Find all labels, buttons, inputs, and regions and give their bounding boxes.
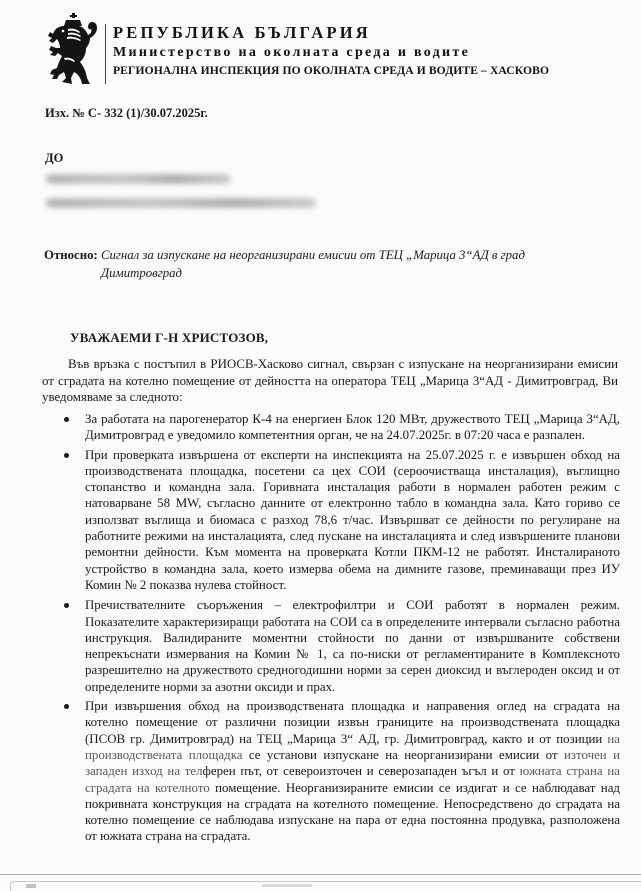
list-item: Пречиствателните съоръжения – електрофил…	[64, 597, 620, 695]
list-item-text-part: При извършения обход на производствената…	[85, 699, 620, 746]
findings-list: За работата на парогенератор К-4 на енер…	[64, 411, 620, 849]
bulgarian-lion-crest-icon	[44, 12, 102, 86]
intro-paragraph: Във връзка с постъпил в РИОСВ-Хасково си…	[42, 356, 618, 406]
subject-label: Относно:	[44, 248, 98, 262]
bullet-icon	[64, 453, 69, 458]
list-item: За работата на парогенератор К-4 на енер…	[64, 411, 620, 444]
list-item: При извършения обход на производствената…	[64, 698, 620, 845]
redacted-recipient-name	[46, 174, 231, 184]
subject-text-continuation: Димитровград	[101, 264, 182, 282]
bullet-icon	[64, 417, 69, 422]
footer-frame	[10, 881, 641, 891]
inspectorate-name: РЕГИОНАЛНА ИНСПЕКЦИЯ ПО ОКОЛНАТА СРЕДА И…	[113, 62, 549, 80]
list-item-text: Пречиствателните съоръжения – електрофил…	[85, 598, 620, 693]
page-bottom-divider	[0, 874, 641, 875]
footer-faint-text	[262, 884, 312, 887]
country-name: РЕПУБЛИКА БЪЛГАРИЯ	[113, 22, 549, 43]
subject-line: Относно: Сигнал за изпускане на неоргани…	[44, 246, 614, 264]
recipient-label: ДО	[45, 151, 63, 166]
subject-text: Сигнал за изпускане на неорганизирани ем…	[101, 248, 525, 262]
salutation: УВАЖАЕМИ Г-Н ХРИСТОЗОВ,	[70, 330, 268, 346]
list-item-text: При проверката извършена от експерти на …	[85, 448, 620, 592]
list-item: При проверката извършена от експерти на …	[64, 447, 620, 594]
redacted-recipient-address	[46, 198, 316, 208]
bullet-icon	[64, 603, 69, 608]
bullet-icon	[64, 704, 69, 709]
footer-mark	[26, 884, 36, 888]
ministry-name: Министерство на околната среда и водите	[113, 43, 549, 62]
list-item-text-part: се установи изпускане на неорганизирани …	[243, 748, 565, 762]
outgoing-reference-number: Изх. № С- 332 (1)/30.07.2025г.	[45, 106, 208, 121]
document-page: РЕПУБЛИКА БЪЛГАРИЯ Министерство на околн…	[0, 0, 641, 891]
list-item-text-part: ферен път, от североизточен и северозапа…	[203, 764, 520, 778]
list-item-text: За работата на парогенератор К-4 на енер…	[85, 412, 620, 442]
letterhead-divider	[105, 24, 106, 84]
letterhead: РЕПУБЛИКА БЪЛГАРИЯ Министерство на околн…	[44, 10, 549, 86]
